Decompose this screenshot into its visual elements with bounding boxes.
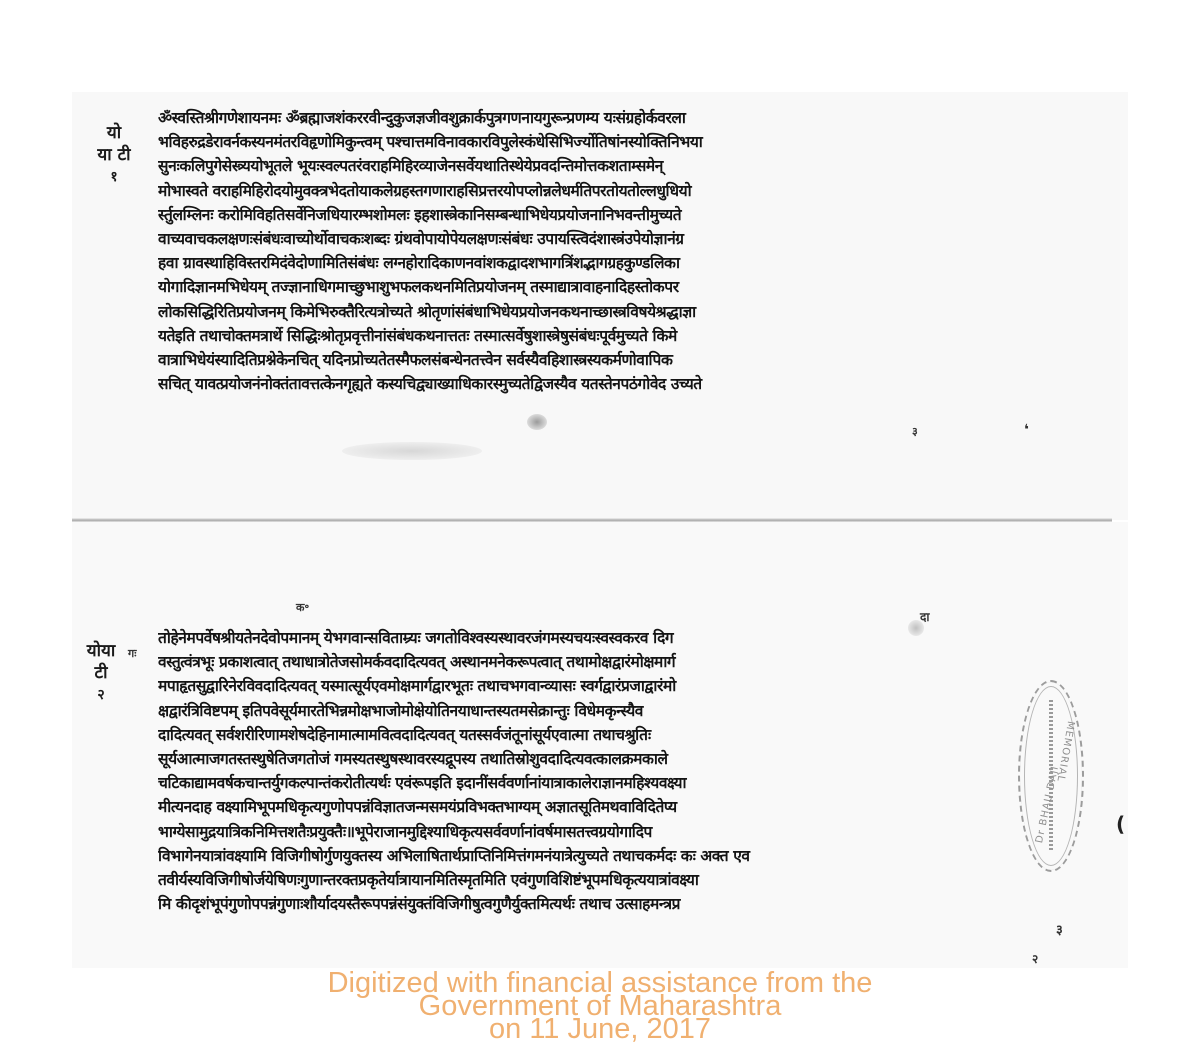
- folio-margin-label-bottom: योया टी २: [72, 640, 130, 706]
- text-line: वात्राभिधेयंस्यादितिप्रश्नेकेनचित् यदिनप…: [158, 348, 1038, 372]
- text-line: योगादिज्ञानमभिधेयम् तज्ज्ञानाधिगमाच्छुभा…: [158, 275, 1038, 299]
- folio-mark-bottom: २: [1032, 950, 1038, 967]
- text-line: तवीर्यस्यविजिगीषोर्जयेषिणःगुणान्तरक्तप्र…: [158, 868, 1054, 892]
- folio-number: १: [84, 166, 144, 188]
- text-line: सुनःकलिपुगेसेस्त्र्ययोभूतले भूयःस्वल्पतर…: [158, 154, 1038, 178]
- text-line: चटिकाद्यामवर्षकचान्तर्युगकल्पान्तंकरोतीत…: [158, 771, 1054, 795]
- manuscript-text-top: ॐस्वस्तिश्रीगणेशायनमः ॐब्रह्माजशंकररवीन्…: [158, 106, 1038, 396]
- ink-smudge: [342, 442, 482, 460]
- marginal-mark: क॰: [296, 600, 309, 615]
- text-line: मि कीदृशंभूपंगुणोपपन्नंगुणाःशौर्यादयस्तै…: [158, 892, 1054, 916]
- text-line: र्स्तुलम्लिनः करोमिविहतिसर्वेनिजधियारम्भ…: [158, 203, 1038, 227]
- text-line: लोकसिद्धिरितिप्रयोजनम् किमेभिरुक्तैरित्य…: [158, 300, 1038, 324]
- stamp-text-right: MEMORIAL: [1054, 720, 1076, 783]
- manuscript-text-bottom: तोहेनेमपर्वेषश्रीयतेनदेवोपमानम् येभगवान्…: [158, 626, 1054, 916]
- folio-margin-label-top: यो या टी १: [84, 122, 144, 188]
- text-line: वाच्यवाचकलक्षणःसंबंधःवाच्योर्थोवाचकःशब्द…: [158, 227, 1038, 251]
- line-end-mark: ३: [1056, 920, 1063, 938]
- text-line: सूर्यआत्माजगतस्तस्थुषेतिजगतोजं गमस्यतस्थ…: [158, 747, 1054, 771]
- text-line: भविहरुद्रडेरावर्नकस्यनमंतरविहृणोमिकुन्त्…: [158, 130, 1038, 154]
- stray-mark: (: [1116, 812, 1125, 836]
- margin-label-line: यो: [84, 122, 144, 144]
- text-line: वस्तुत्वंत्रभूः प्रकाशत्वात् तथाधात्रोते…: [158, 650, 1054, 674]
- folio-number: २: [72, 684, 130, 706]
- ink-smudge: [908, 620, 924, 636]
- library-stamp: Dr BHAU DAJI MEMORIAL: [1018, 680, 1084, 872]
- text-line: दादित्यवत् सर्वशरीरिणामशेषदेहिनामात्मामव…: [158, 723, 1054, 747]
- text-line: भाग्येसामुद्रयात्रिकनिमित्तशतैःप्रयुक्तै…: [158, 820, 1054, 844]
- text-line: मपाहृतसुद्वारिनेरविवदादित्यवत् यस्मात्सू…: [158, 674, 1054, 698]
- text-line: ॐस्वस्तिश्रीगणेशायनमः ॐब्रह्माजशंकररवीन्…: [158, 106, 1038, 130]
- manuscript-folio-bottom: क॰ दा योया टी २ गः तोहेनेमपर्वेषश्रीयतेन…: [72, 522, 1128, 968]
- marginal-mark: गः: [128, 646, 136, 661]
- caption-line-3: on 11 June, 2017: [0, 1018, 1200, 1041]
- margin-label-line: या टी: [84, 144, 144, 166]
- ink-smudge: [527, 414, 547, 430]
- text-line: मीत्यनदाह वक्ष्यामिभूपमधिकृत्यगुणोपपन्नं…: [158, 795, 1054, 819]
- folio-mark-top: ३: [912, 424, 918, 439]
- text-line: क्षद्वारंत्रिविष्टपम् इतिपवेसूर्यमारतेभि…: [158, 699, 1054, 723]
- margin-label-line: टी: [72, 662, 130, 684]
- digitization-caption: Digitized with financial assistance from…: [0, 972, 1200, 1041]
- manuscript-folio-top: यो या टी १ ॐस्वस्तिश्रीगणेशायनमः ॐब्रह्म…: [72, 92, 1128, 520]
- margin-label-line: योया: [72, 640, 130, 662]
- text-line: विभागेनयात्रांवक्ष्यामि विजिगीषोर्गुणयुक…: [158, 844, 1054, 868]
- text-line: मोभास्वते वराहमिहिरोदयोमुवक्त्रभेदतोयाकल…: [158, 179, 1038, 203]
- stray-mark: ❛: [1024, 422, 1029, 438]
- text-line: हवा ग्रावस्थाहिविस्तरमिदंवेदोणामितिसंबंध…: [158, 251, 1038, 275]
- text-line: यतेइति तथाचोक्तमत्रार्थे सिद्धिःश्रोतृप्…: [158, 324, 1038, 348]
- text-line: सचित् यावत्प्रयोजनंनोक्तंतावत्तत्केनगृह्…: [158, 372, 1038, 396]
